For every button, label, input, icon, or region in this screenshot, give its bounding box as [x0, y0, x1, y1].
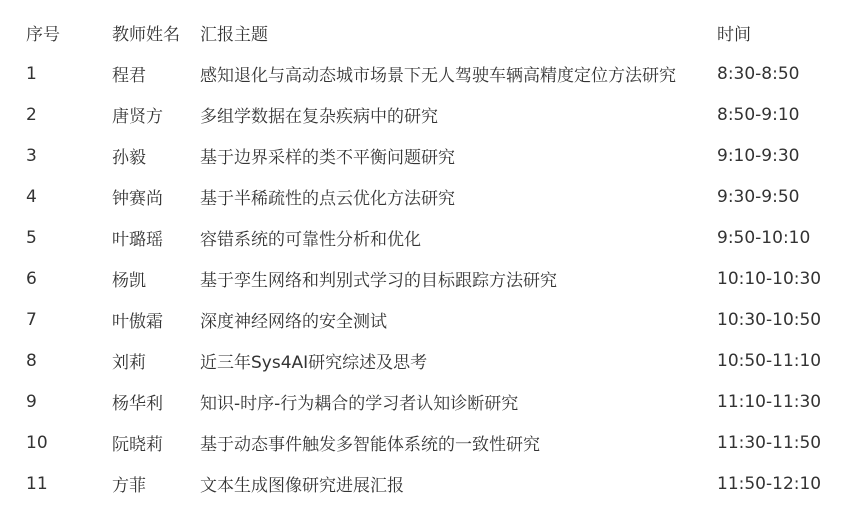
teacher-name: 程君 [102, 53, 190, 94]
table-row: 9杨华利知识-时序-行为耦合的学习者认知诊断研究11:10-11:30 [16, 381, 837, 422]
row-number: 5 [16, 217, 102, 258]
table-row: 11方菲文本生成图像研究进展汇报11:50-12:10 [16, 463, 837, 504]
header-teacher-name: 教师姓名 [102, 12, 190, 53]
report-topic: 知识-时序-行为耦合的学习者认知诊断研究 [190, 381, 707, 422]
table-row: 2唐贤方多组学数据在复杂疾病中的研究8:50-9:10 [16, 94, 837, 135]
time-slot: 9:30-9:50 [707, 176, 837, 217]
table-row: 8刘莉近三年Sys4AI研究综述及思考10:50-11:10 [16, 340, 837, 381]
teacher-name: 孙毅 [102, 135, 190, 176]
report-topic: 感知退化与高动态城市场景下无人驾驶车辆高精度定位方法研究 [190, 53, 707, 94]
table-row: 1程君感知退化与高动态城市场景下无人驾驶车辆高精度定位方法研究8:30-8:50 [16, 53, 837, 94]
row-number: 3 [16, 135, 102, 176]
row-number: 11 [16, 463, 102, 504]
teacher-name: 钟赛尚 [102, 176, 190, 217]
time-slot: 8:30-8:50 [707, 53, 837, 94]
schedule-table: 序号 教师姓名 汇报主题 时间 1程君感知退化与高动态城市场景下无人驾驶车辆高精… [16, 12, 837, 504]
report-topic: 多组学数据在复杂疾病中的研究 [190, 94, 707, 135]
time-slot: 9:10-9:30 [707, 135, 837, 176]
time-slot: 9:50-10:10 [707, 217, 837, 258]
teacher-name: 阮晓莉 [102, 422, 190, 463]
header-number: 序号 [16, 12, 102, 53]
report-topic: 深度神经网络的安全测试 [190, 299, 707, 340]
report-topic: 基于边界采样的类不平衡问题研究 [190, 135, 707, 176]
row-number: 7 [16, 299, 102, 340]
row-number: 9 [16, 381, 102, 422]
teacher-name: 唐贤方 [102, 94, 190, 135]
row-number: 2 [16, 94, 102, 135]
header-time: 时间 [707, 12, 837, 53]
header-topic: 汇报主题 [190, 12, 707, 53]
report-topic: 基于半稀疏性的点云优化方法研究 [190, 176, 707, 217]
table-row: 10阮晓莉基于动态事件触发多智能体系统的一致性研究11:30-11:50 [16, 422, 837, 463]
row-number: 10 [16, 422, 102, 463]
report-topic: 近三年Sys4AI研究综述及思考 [190, 340, 707, 381]
row-number: 8 [16, 340, 102, 381]
time-slot: 11:30-11:50 [707, 422, 837, 463]
teacher-name: 刘莉 [102, 340, 190, 381]
teacher-name: 叶傲霜 [102, 299, 190, 340]
teacher-name: 方菲 [102, 463, 190, 504]
table-row: 7叶傲霜深度神经网络的安全测试10:30-10:50 [16, 299, 837, 340]
table-row: 4钟赛尚基于半稀疏性的点云优化方法研究9:30-9:50 [16, 176, 837, 217]
time-slot: 11:50-12:10 [707, 463, 837, 504]
table-row: 5叶璐瑶容错系统的可靠性分析和优化9:50-10:10 [16, 217, 837, 258]
teacher-name: 杨华利 [102, 381, 190, 422]
teacher-name: 杨凯 [102, 258, 190, 299]
row-number: 6 [16, 258, 102, 299]
report-topic: 基于动态事件触发多智能体系统的一致性研究 [190, 422, 707, 463]
time-slot: 10:30-10:50 [707, 299, 837, 340]
time-slot: 10:10-10:30 [707, 258, 837, 299]
table-row: 3孙毅基于边界采样的类不平衡问题研究9:10-9:30 [16, 135, 837, 176]
time-slot: 11:10-11:30 [707, 381, 837, 422]
time-slot: 8:50-9:10 [707, 94, 837, 135]
report-topic: 文本生成图像研究进展汇报 [190, 463, 707, 504]
row-number: 1 [16, 53, 102, 94]
table-row: 6杨凯基于孪生网络和判别式学习的目标跟踪方法研究10:10-10:30 [16, 258, 837, 299]
header-row: 序号 教师姓名 汇报主题 时间 [16, 12, 837, 53]
teacher-name: 叶璐瑶 [102, 217, 190, 258]
report-topic: 基于孪生网络和判别式学习的目标跟踪方法研究 [190, 258, 707, 299]
time-slot: 10:50-11:10 [707, 340, 837, 381]
report-topic: 容错系统的可靠性分析和优化 [190, 217, 707, 258]
row-number: 4 [16, 176, 102, 217]
